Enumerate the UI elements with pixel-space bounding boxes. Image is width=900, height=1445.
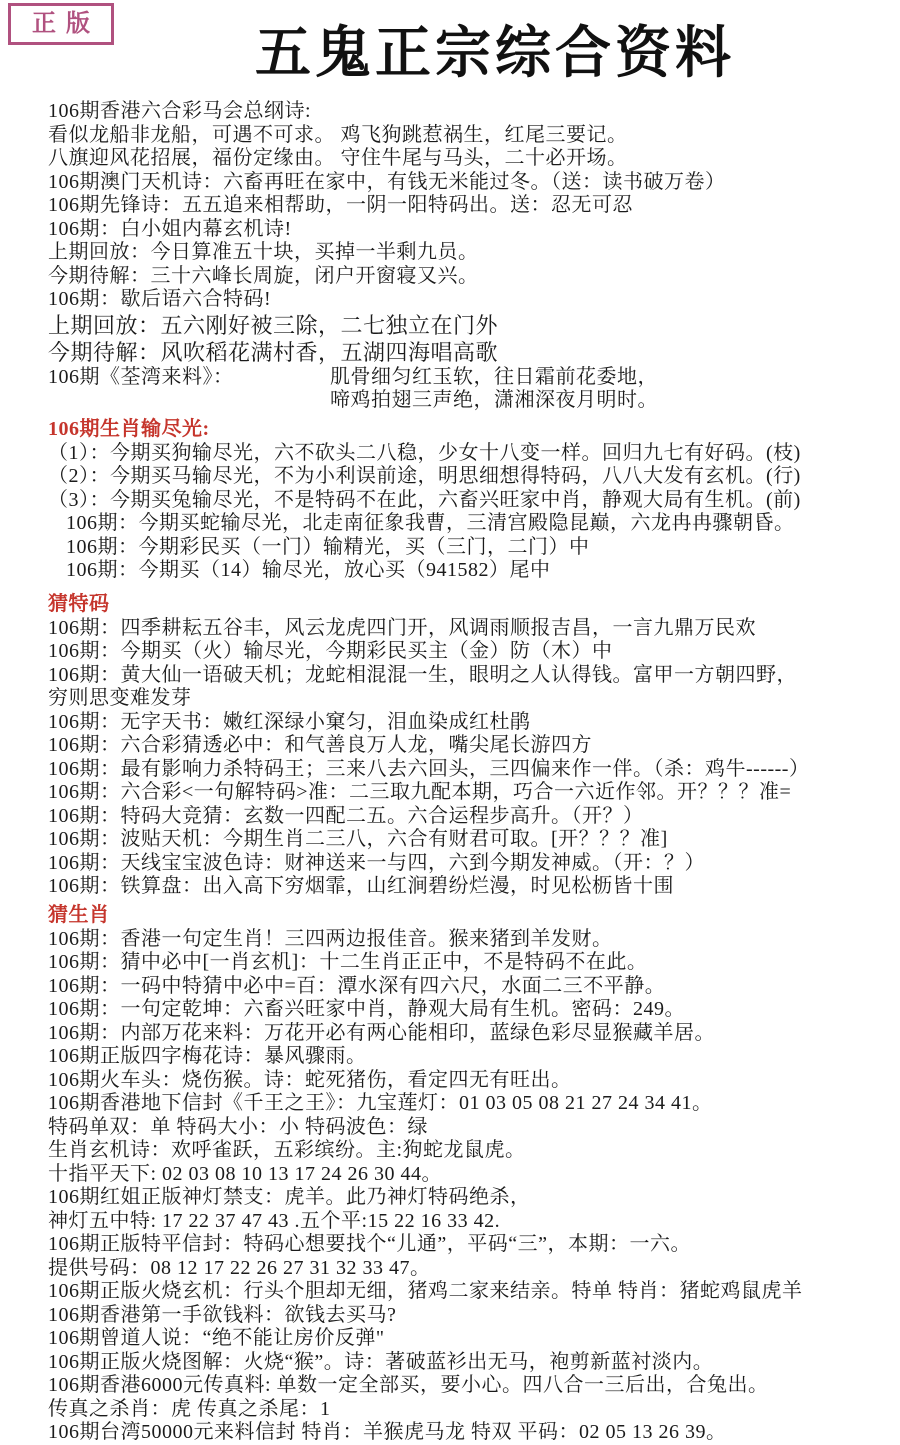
text-line: 106期正版火烧图解：火烧“猴”。诗：著破蓝衫出无马，袍剪新蓝衬淡内。 [48,1351,890,1375]
text-line: 穷则思变难发芽 [48,687,890,711]
text-line: 看似龙船非龙船，可遇不可求。 鸡飞狗跳惹祸生，红尾三要记。 [48,124,890,148]
text-line: 106期：今期买（14）输尽光，放心买（941582）尾中 [48,559,890,583]
text-line: 106期：白小姐内幕玄机诗! [48,218,890,242]
text-line: 106期：一码中特猜中必中=百：潭水深有四六尺，水面二三不平静。 [48,975,890,999]
text-line: 提供号码：08 12 17 22 26 27 31 32 33 47。 [48,1257,890,1281]
text-line: （2）：今期买马输尽光，不为小利误前途，明思细想得特码，八八大发有玄机。(行) [48,465,890,489]
text-line: 106期：六合彩<一句解特码>准：二三取九配本期，巧合一六近作邻。开？？？准= [48,781,890,805]
content-lines: 106期香港六合彩马会总纲诗:看似龙船非龙船，可遇不可求。 鸡飞狗跳惹祸生，红尾… [0,96,900,1445]
poem-text: 肌骨细匀红玉软，往日霜前花委地，啼鸡拍翅三声绝，潇湘深夜月明时。 [330,366,658,413]
text-line: 106期：一句定乾坤：六畜兴旺家中肖，静观大局有生机。密码：249。 [48,998,890,1022]
text-line: 上期回放：今日算准五十块，买掉一半剩九员。 [48,241,890,265]
text-line: 106期：最有影响力杀特码王；三来八去六回头，三四偏来作一伴。（杀：鸡牛----… [48,758,890,782]
text-line: 八旗迎风花招展，福份定缘由。 守住牛尾与马头，二十必开场。 [48,147,890,171]
text-line: 106期澳门天机诗：六畜再旺在家中，有钱无米能过冬。（送：读书破万卷） [48,171,890,195]
text-line: 十指平天下: 02 03 08 10 13 17 24 26 30 44。 [48,1163,890,1187]
text-line: 106期：四季耕耘五谷丰，风云龙虎四门开，风调雨顺报吉昌，一言九鼎万民欢 [48,617,890,641]
poem-row: 106期《荃湾来料》：肌骨细匀红玉软，往日霜前花委地，啼鸡拍翅三声绝，潇湘深夜月… [48,366,890,413]
text-line: 106期：天线宝宝波色诗：财神送来一与四，六到今期发神威。（开：？） [48,852,890,876]
section-header: 106期生肖输尽光: [48,416,890,442]
text-line: 106期：无字天书：嫩红深绿小窠匀，泪血染成红杜鹃 [48,711,890,735]
text-line: 今期待解：风吹稻花满村香，五湖四海唱高歌 [48,339,890,366]
text-line: 106期：香港一句定生肖！三四两边报佳音。猴来猪到羊发财。 [48,928,890,952]
poem-line: 肌骨细匀红玉软，往日霜前花委地， [330,366,658,390]
text-line: （3）：今期买兔输尽光，不是特码不在此，六畜兴旺家中肖，静观大局有生机。(前) [48,489,890,513]
text-line: 106期香港六合彩马会总纲诗: [48,100,890,124]
text-line: （1）：今期买狗输尽光，六不砍头二八稳，少女十八变一样。回归九七有好码。(枝) [48,442,890,466]
text-line: 106期：六合彩猜透必中：和气善良万人龙，嘴尖尾长游四方 [48,734,890,758]
section-header: 猜特码 [48,591,890,617]
text-line: 106期台湾50000元来料信封 特肖：羊猴虎马龙 特双 平码：02 05 13… [48,1421,890,1445]
authentic-badge: 正版 [8,3,114,45]
text-line: 传真之杀肖：虎 传真之杀尾：1 [48,1398,890,1422]
text-line: 106期：铁算盘：出入高下穷烟霏，山红涧碧纷烂漫，时见松枥皆十围 [48,875,890,899]
poem-label: 106期《荃湾来料》： [48,366,330,390]
page-title: 五鬼正宗综合资料 [130,18,860,90]
text-line: 106期正版火烧玄机：行头个胆却无细，猪鸡二家来结亲。特单 特肖：猪蛇鸡鼠虎羊 [48,1280,890,1304]
text-line: 106期：猜中必中[一肖玄机]：十二生肖正正中，不是特码不在此。 [48,951,890,975]
text-line: 106期：今期买（火）输尽光，今期彩民买主（金）防（木）中 [48,640,890,664]
text-line: 106期：黄大仙一语破天机；龙蛇相混混一生，眼明之人认得钱。富甲一方朝四野， [48,664,890,688]
text-line: 神灯五中特: 17 22 37 47 43 .五个平:15 22 16 33 4… [48,1210,890,1234]
text-line: 106期：今期买蛇输尽光，北走南征象我曹，三清宫殿隐昆巅，六龙冉冉骤朝昏。 [48,512,890,536]
text-line: 上期回放：五六刚好被三除，二七独立在门外 [48,312,890,339]
text-line: 106期红姐正版神灯禁支：虎羊。此乃神灯特码绝杀， [48,1186,890,1210]
text-line: 106期：今期彩民买（一门）输精光，买（三门，二门）中 [48,536,890,560]
text-line: 106期曾道人说：“绝不能让房价反弹" [48,1327,890,1351]
text-line: 106期正版四字梅花诗：暴风骤雨。 [48,1045,890,1069]
text-line: 106期：歇后语六合特码! [48,288,890,312]
text-line: 106期：内部万花来料：万花开必有两心能相印，蓝绿色彩尽显猴藏羊居。 [48,1022,890,1046]
text-line: 106期香港地下信封《千王之王》：九宝莲灯：01 03 05 08 21 27 … [48,1092,890,1116]
text-line: 106期：特码大竞猜：玄数一四配二五。六合运程步高升。（开？） [48,805,890,829]
section-header: 猜生肖 [48,902,890,928]
text-line: 今期待解：三十六峰长周旋，闭户开窗寝又兴。 [48,265,890,289]
text-line: 生肖玄机诗：欢呼雀跃，五彩缤纷。主:狗蛇龙鼠虎。 [48,1139,890,1163]
poem-line: 啼鸡拍翅三声绝，潇湘深夜月明时。 [330,389,658,413]
text-line: 106期：波贴天机：今期生肖二三八，六合有财君可取。[开？？？准] [48,828,890,852]
text-line: 106期香港第一手欲钱料：欲钱去买马? [48,1304,890,1328]
text-line: 106期正版特平信封：特码心想要找个“儿通”，平码“三”，本期：一六。 [48,1233,890,1257]
text-line: 特码单双：单 特码大小：小 特码波色：绿 [48,1116,890,1140]
text-line: 106期先锋诗：五五追来相帮助，一阴一阳特码出。送：忍无可忍 [48,194,890,218]
text-line: 106期火车头：烧伤猴。诗：蛇死猪伤，看定四无有旺出。 [48,1069,890,1093]
text-line: 106期香港6000元传真料: 单数一定全部买，要小心。四八合一三后出，合兔出。 [48,1374,890,1398]
